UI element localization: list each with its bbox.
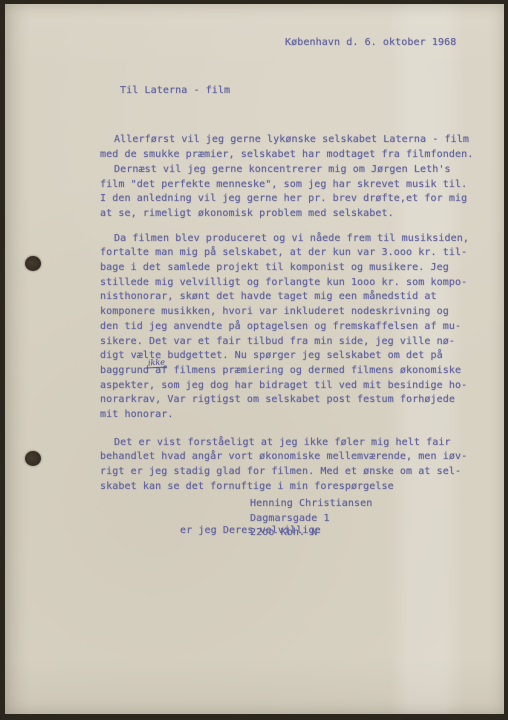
letter-line: Dernæst vil jeg gerne koncentrerer mig o… — [100, 163, 480, 178]
letter-paragraphs: Allerførst vil jeg gerne lykønske selska… — [100, 133, 480, 494]
hole-punch-bottom-icon — [25, 451, 41, 466]
letter-body: Allerførst vil jeg gerne lykønske selska… — [100, 104, 480, 553]
letter-line: sikere. Det var et fair tilbud fra min s… — [100, 335, 480, 350]
letter-line: behandlet hvad angår vort økonomiske mel… — [100, 450, 480, 465]
letter-line: komponere musikken, hvori var inkluderet… — [100, 305, 480, 320]
letter-line: med de smukke præmier, selskabet har mod… — [100, 148, 480, 163]
paragraph: Allerførst vil jeg gerne lykønske selska… — [100, 133, 480, 162]
letter-line: fortalte man mig på selskabet, at der ku… — [100, 246, 480, 261]
letter-line: film "det perfekte menneske", som jeg ha… — [100, 178, 480, 193]
letter-line: at se, rimeligt økonomisk problem med se… — [100, 207, 480, 222]
letter-line: Det er vist forståeligt at jeg ikke føle… — [100, 436, 480, 451]
paragraph: Det er vist forståeligt at jeg ikke føle… — [100, 436, 480, 495]
letter-line: mit honorar. — [100, 408, 480, 423]
letter-date: København d. 6. oktober 1968 — [285, 36, 456, 51]
letter-line: norarkrav, Var rigtigst om selskabet pos… — [100, 393, 480, 408]
letter-line: Allerførst vil jeg gerne lykønske selska… — [100, 133, 480, 148]
letter-line: rigt er jeg stadig glad for filmen. Med … — [100, 465, 480, 480]
paragraph: Da filmen blev produceret og vi nåede fr… — [100, 232, 480, 423]
letter-line: nisthonorar, skønt det havde taget mig e… — [100, 290, 480, 305]
letter-line: Henning Christiansen — [250, 497, 372, 512]
letter-line: Da filmen blev produceret og vi nåede fr… — [100, 232, 480, 247]
letter-line: den tid jeg anvendte på optagelsen og fr… — [100, 320, 480, 335]
letter-line: bage i det samlede projekt til komponist… — [100, 261, 480, 276]
signature-block: Henning ChristiansenDagmarsgade 122oo Kb… — [250, 497, 372, 541]
letter-line: Dagmarsgade 1 — [250, 512, 372, 527]
hole-punch-top-icon — [25, 256, 41, 271]
paragraph: Dernæst vil jeg gerne koncentrerer mig o… — [100, 163, 480, 222]
letter-line: 22oo Kbh. N — [250, 526, 372, 541]
letter-line: stillede mig velvilligt og forlangte kun… — [100, 276, 480, 291]
letter-salutation: Til Laterna - film — [120, 84, 230, 99]
letter-line: I den anledning vil jeg gerne her pr. br… — [100, 192, 480, 207]
handwritten-insertion: ikke — [146, 357, 167, 368]
letter-line: skabet kan se det fornuftige i min fores… — [100, 480, 480, 495]
letter-line: aspekter, som jeg dog har bidraget til v… — [100, 379, 480, 394]
